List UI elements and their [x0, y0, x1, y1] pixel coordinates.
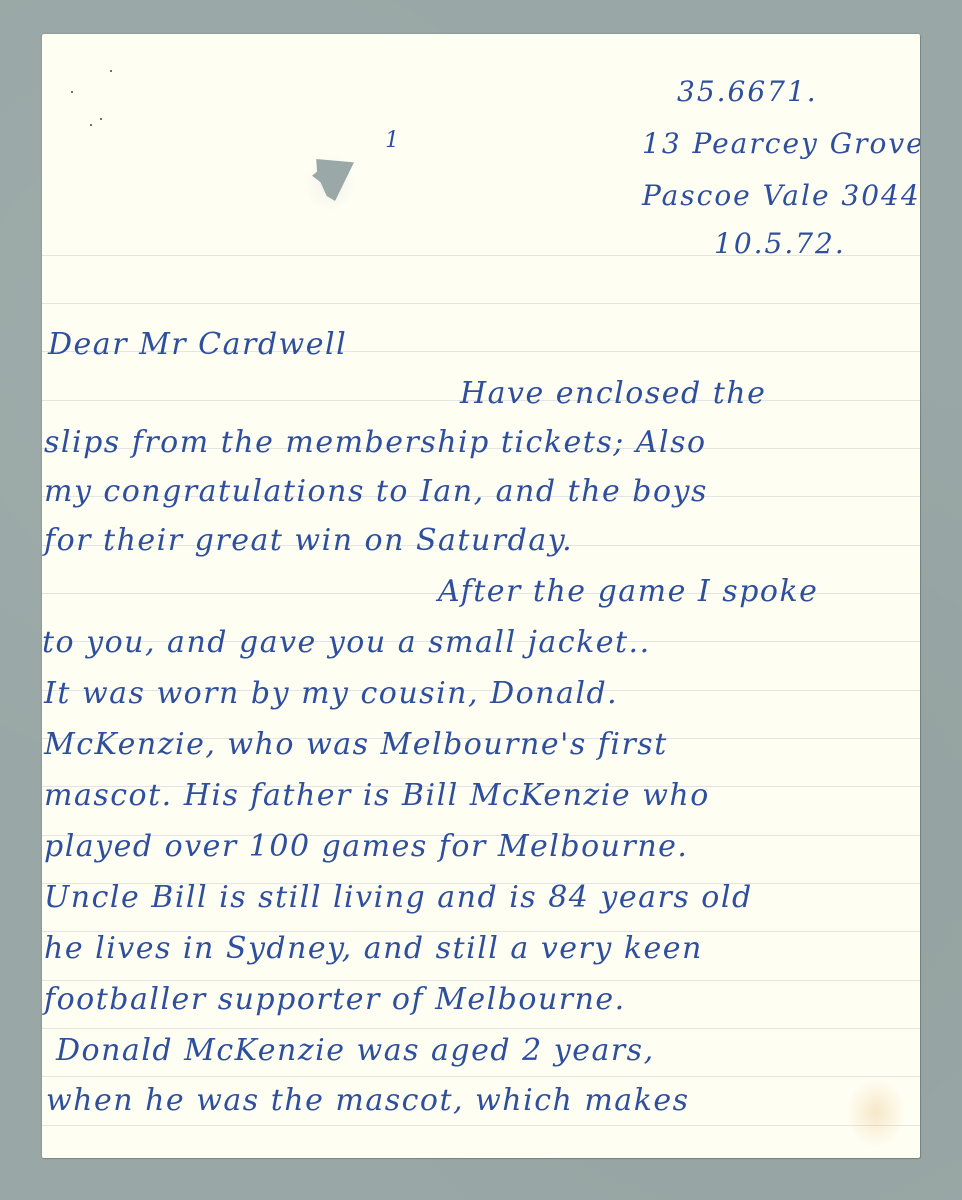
ink-speck: [110, 70, 112, 72]
body-line: After the game I spoke: [438, 577, 818, 607]
ink-speck: [100, 118, 102, 120]
salutation: Dear Mr Cardwell: [48, 330, 347, 360]
body-line: McKenzie, who was Melbourne's first: [44, 730, 668, 760]
body-line: Have enclosed the: [460, 379, 766, 409]
body-line: my congratulations to Ian, and the boys: [44, 477, 708, 507]
address-line-1: 13 Pearcey Grove: [642, 130, 920, 158]
ruled-line: [42, 1028, 920, 1029]
address-line-2: Pascoe Vale 3044: [642, 182, 920, 210]
body-line: for their great win on Saturday.: [44, 526, 573, 556]
ruled-line: [42, 1125, 920, 1126]
phone-number: 35.6671.: [677, 78, 818, 106]
ink-speck: [71, 91, 73, 93]
ruled-line: [42, 980, 920, 981]
body-line: Uncle Bill is still living and is 84 yea…: [44, 883, 753, 913]
ruled-line: [42, 303, 920, 304]
ruled-line: [42, 1076, 920, 1077]
body-line: to you, and gave you a small jacket..: [42, 628, 651, 658]
body-line: Donald McKenzie was aged 2 years,: [56, 1036, 655, 1066]
ink-speck: [90, 124, 92, 126]
letter-date: 10.5.72.: [714, 230, 846, 258]
body-line: slips from the membership tickets; Also: [44, 428, 707, 458]
body-line: footballer supporter of Melbourne.: [44, 985, 626, 1015]
body-line: mascot. His father is Bill McKenzie who: [44, 781, 710, 811]
paper-stain: [846, 1078, 906, 1148]
body-line: It was worn by my cousin, Donald.: [44, 679, 618, 709]
body-line: he lives in Sydney, and still a very kee…: [44, 934, 703, 964]
letter-page: 1 35.6671. 13 Pearcey Grove Pascoe Vale …: [42, 34, 920, 1158]
body-line: played over 100 games for Melbourne.: [44, 832, 688, 862]
body-line: when he was the mascot, which makes: [46, 1086, 690, 1116]
page-marker: 1: [385, 130, 401, 152]
